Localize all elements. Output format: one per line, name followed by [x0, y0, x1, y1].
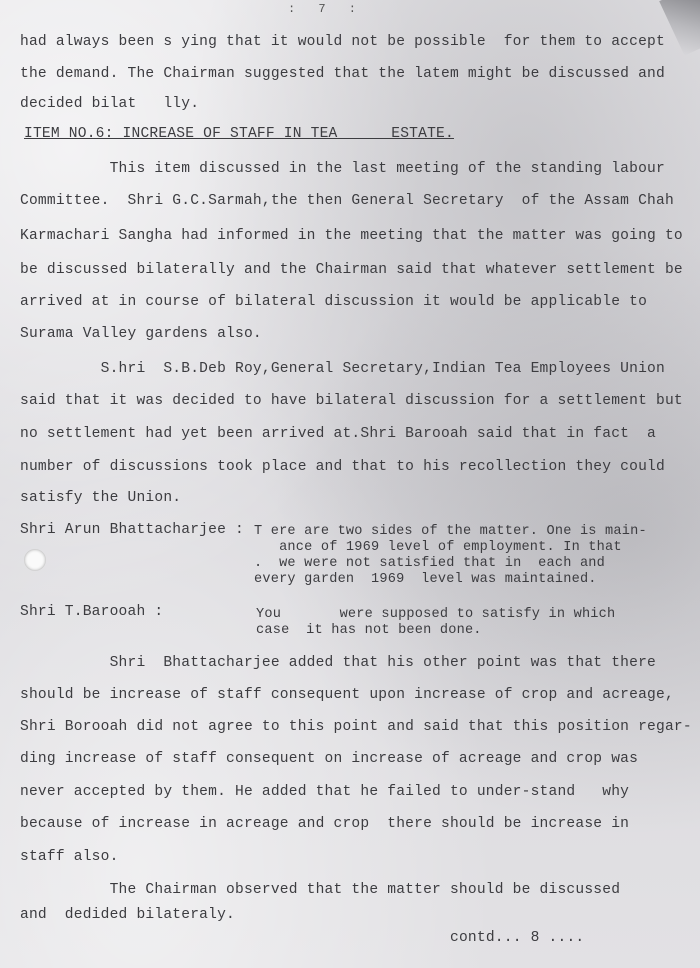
text-line: ding increase of staff consequent on inc…	[20, 751, 638, 767]
speech-line: every garden 1969 level was maintained.	[254, 572, 597, 587]
speech-line: T ere are two sides of the matter. One i…	[254, 524, 647, 539]
speaker-name: Shri T.Barooah :	[20, 604, 163, 620]
text-line: number of discussions took place and tha…	[20, 459, 665, 475]
text-line: The Chairman observed that the matter sh…	[20, 882, 620, 898]
punch-hole	[24, 549, 46, 571]
continuation-note: contd... 8 ....	[450, 930, 584, 946]
text-line: This item discussed in the last meeting …	[20, 161, 665, 177]
text-line: S.hri S.B.Deb Roy,General Secretary,Indi…	[20, 361, 665, 377]
text-line: Karmachari Sangha had informed in the me…	[20, 228, 683, 244]
speaker-name: Shri Arun Bhattacharjee :	[20, 522, 244, 538]
text-line: Surama Valley gardens also.	[20, 326, 262, 342]
text-line: staff also.	[20, 849, 119, 865]
text-line: decided bilat lly.	[20, 96, 199, 112]
scanned-document-page: : 7 : had always been s ying that it wou…	[0, 0, 700, 968]
text-line: the demand. The Chairman suggested that …	[20, 66, 665, 82]
text-line: Shri Bhattacharjee added that his other …	[20, 655, 656, 671]
text-line: had always been s ying that it would not…	[20, 34, 665, 50]
folded-corner	[659, 0, 700, 56]
text-line: never accepted by them. He added that he…	[20, 784, 629, 800]
text-line: satisfy the Union.	[20, 490, 181, 506]
text-line: should be increase of staff consequent u…	[20, 687, 674, 703]
speech-line: case it has not been done.	[256, 623, 482, 638]
speech-line: . we were not satisfied that in each and	[254, 556, 605, 571]
page-number-mark: : 7 :	[288, 2, 364, 16]
text-line: arrived at in course of bilateral discus…	[20, 294, 647, 310]
speech-line: ance of 1969 level of employment. In tha…	[254, 540, 622, 555]
item-heading: ITEM NO.6: INCREASE OF STAFF IN TEA ESTA…	[24, 126, 454, 142]
text-line: and dedided bilateraly.	[20, 907, 235, 923]
text-line: Shri Borooah did not agree to this point…	[20, 719, 692, 735]
text-line: no settlement had yet been arrived at.Sh…	[20, 426, 656, 442]
text-line: Committee. Shri G.C.Sarmah,the then Gene…	[20, 193, 674, 209]
text-line: be discussed bilaterally and the Chairma…	[20, 262, 683, 278]
speech-line: You were supposed to satisfy in which	[256, 607, 615, 622]
text-line: because of increase in acreage and crop …	[20, 816, 629, 832]
text-line: said that it was decided to have bilater…	[20, 393, 683, 409]
